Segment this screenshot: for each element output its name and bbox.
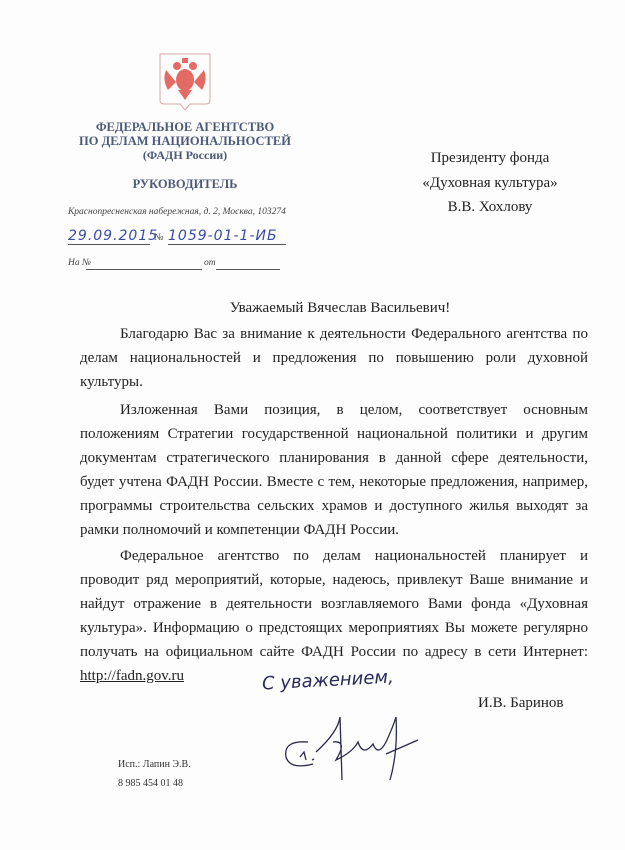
reply-date-blank (216, 269, 280, 270)
reply-date-label: от (204, 258, 216, 268)
website-link[interactable]: http://fadn.gov.ru (80, 668, 184, 684)
letter-number: 1059-01-1-ИБ (168, 228, 286, 245)
executor-phone: 8 985 454 01 48 (118, 778, 183, 789)
salutation: Уважаемый Вячеслав Васильевич! (80, 300, 600, 317)
registration-line: 29.09.2015 № 1059-01-1-ИБ (68, 228, 318, 248)
coat-of-arms-icon (158, 52, 212, 112)
reply-number-label: На № (68, 258, 91, 268)
letter-date: 29.09.2015 (68, 228, 150, 245)
org-name-line2: ПО ДЕЛАМ НАЦИОНАЛЬНОСТЕЙ (60, 134, 310, 148)
signer-name: И.В. Баринов (478, 695, 564, 712)
paragraph-3: Федеральное агентство по делам националь… (80, 544, 588, 688)
reply-number-blank (86, 269, 202, 270)
org-name-short: (ФАДН России) (60, 148, 310, 162)
paragraph-3-text: Федеральное агентство по делам националь… (80, 548, 588, 660)
reply-reference-line: На № от (68, 258, 298, 272)
recipient-title: Президенту фонда (390, 150, 590, 167)
paragraph-1: Благодарю Вас за внимание к деятельности… (80, 322, 588, 394)
number-label: № (154, 232, 164, 243)
recipient-name: В.В. Хохлову (390, 199, 590, 216)
paragraph-2: Изложенная Вами позиция, в целом, соотве… (80, 398, 588, 542)
org-name-line1: ФЕДЕРАЛЬНОЕ АГЕНТСТВО (60, 120, 310, 134)
org-address: Краснопресненская набережная, д. 2, Моск… (68, 207, 286, 217)
executor-name: Исп.: Лапин Э.В. (118, 759, 191, 770)
sender-role: РУКОВОДИТЕЛЬ (60, 177, 310, 191)
signature-icon (278, 712, 428, 782)
recipient-organization: «Духовная культура» (390, 175, 590, 192)
